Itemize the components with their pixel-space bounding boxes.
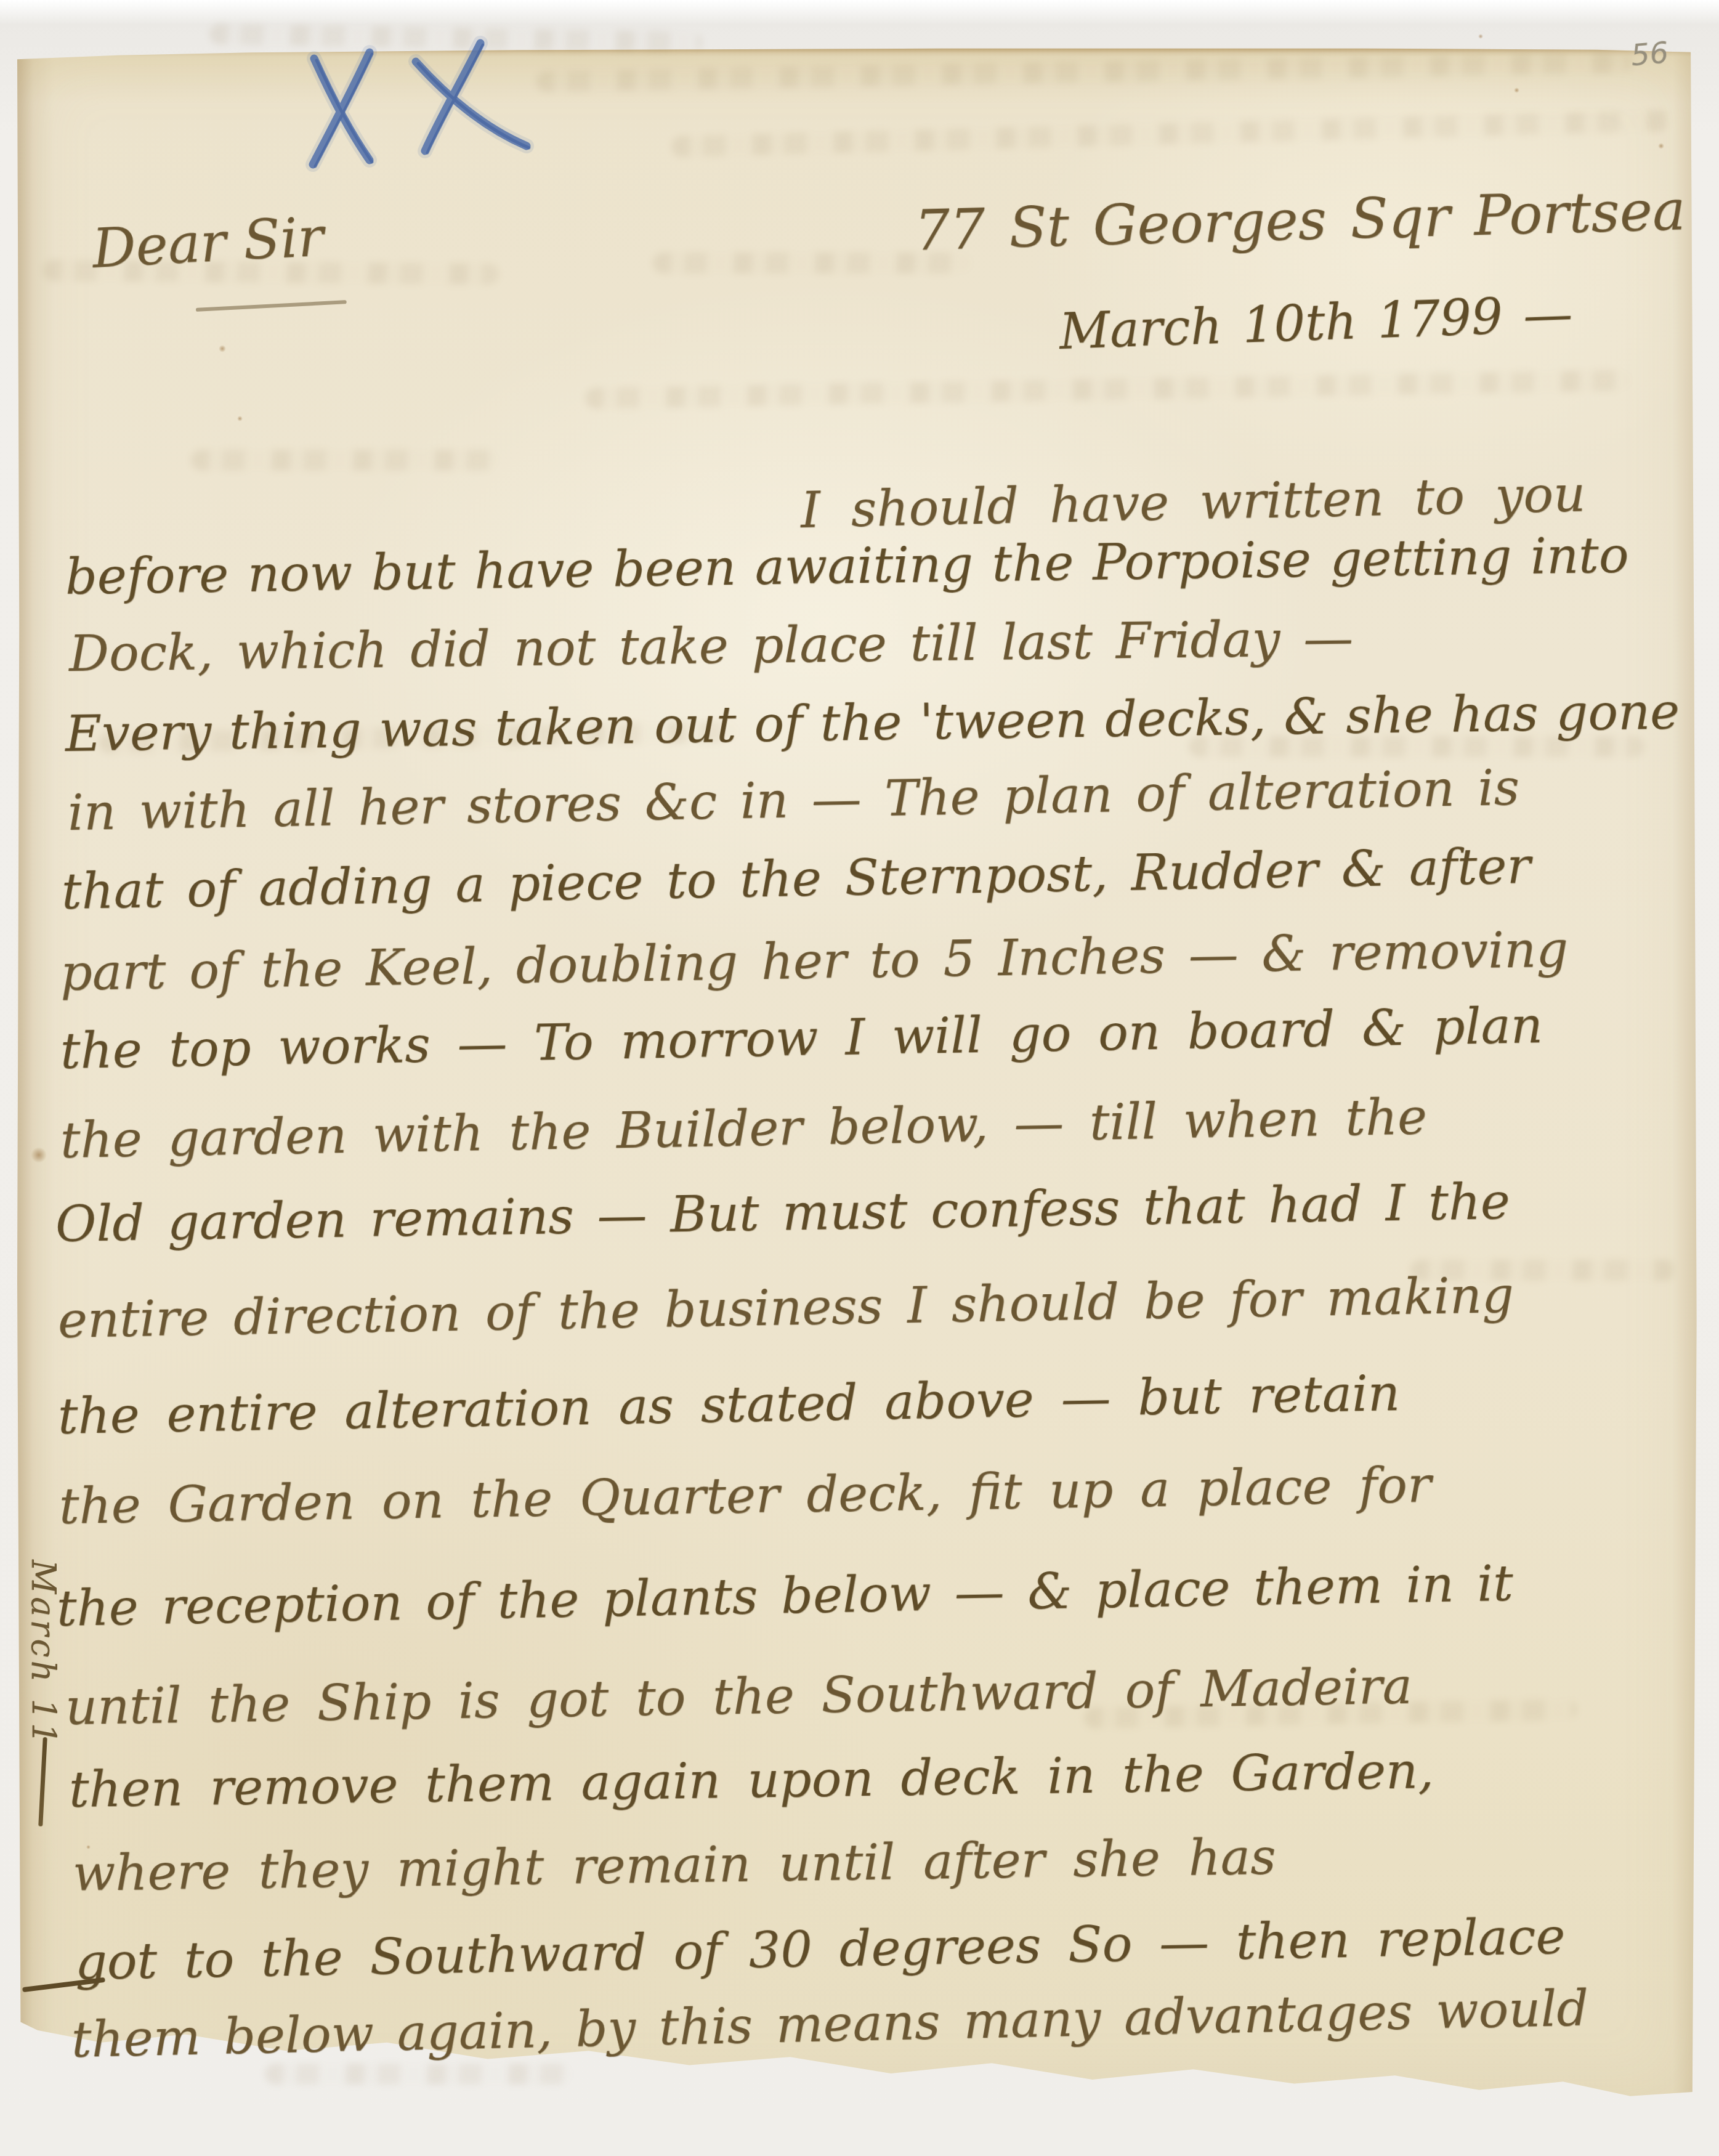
salutation: Dear Sir (91, 205, 325, 280)
scanned-letter-page: 56 77 St Georges Sqr Portsea March 10th … (0, 0, 1719, 2156)
margin-note: March 11 (24, 1560, 63, 1747)
foxing-spot (1478, 34, 1483, 39)
blue-crayon-xx-mark (277, 34, 560, 176)
folio-number: 56 (1630, 35, 1670, 73)
show-through-mark (265, 2064, 573, 2085)
